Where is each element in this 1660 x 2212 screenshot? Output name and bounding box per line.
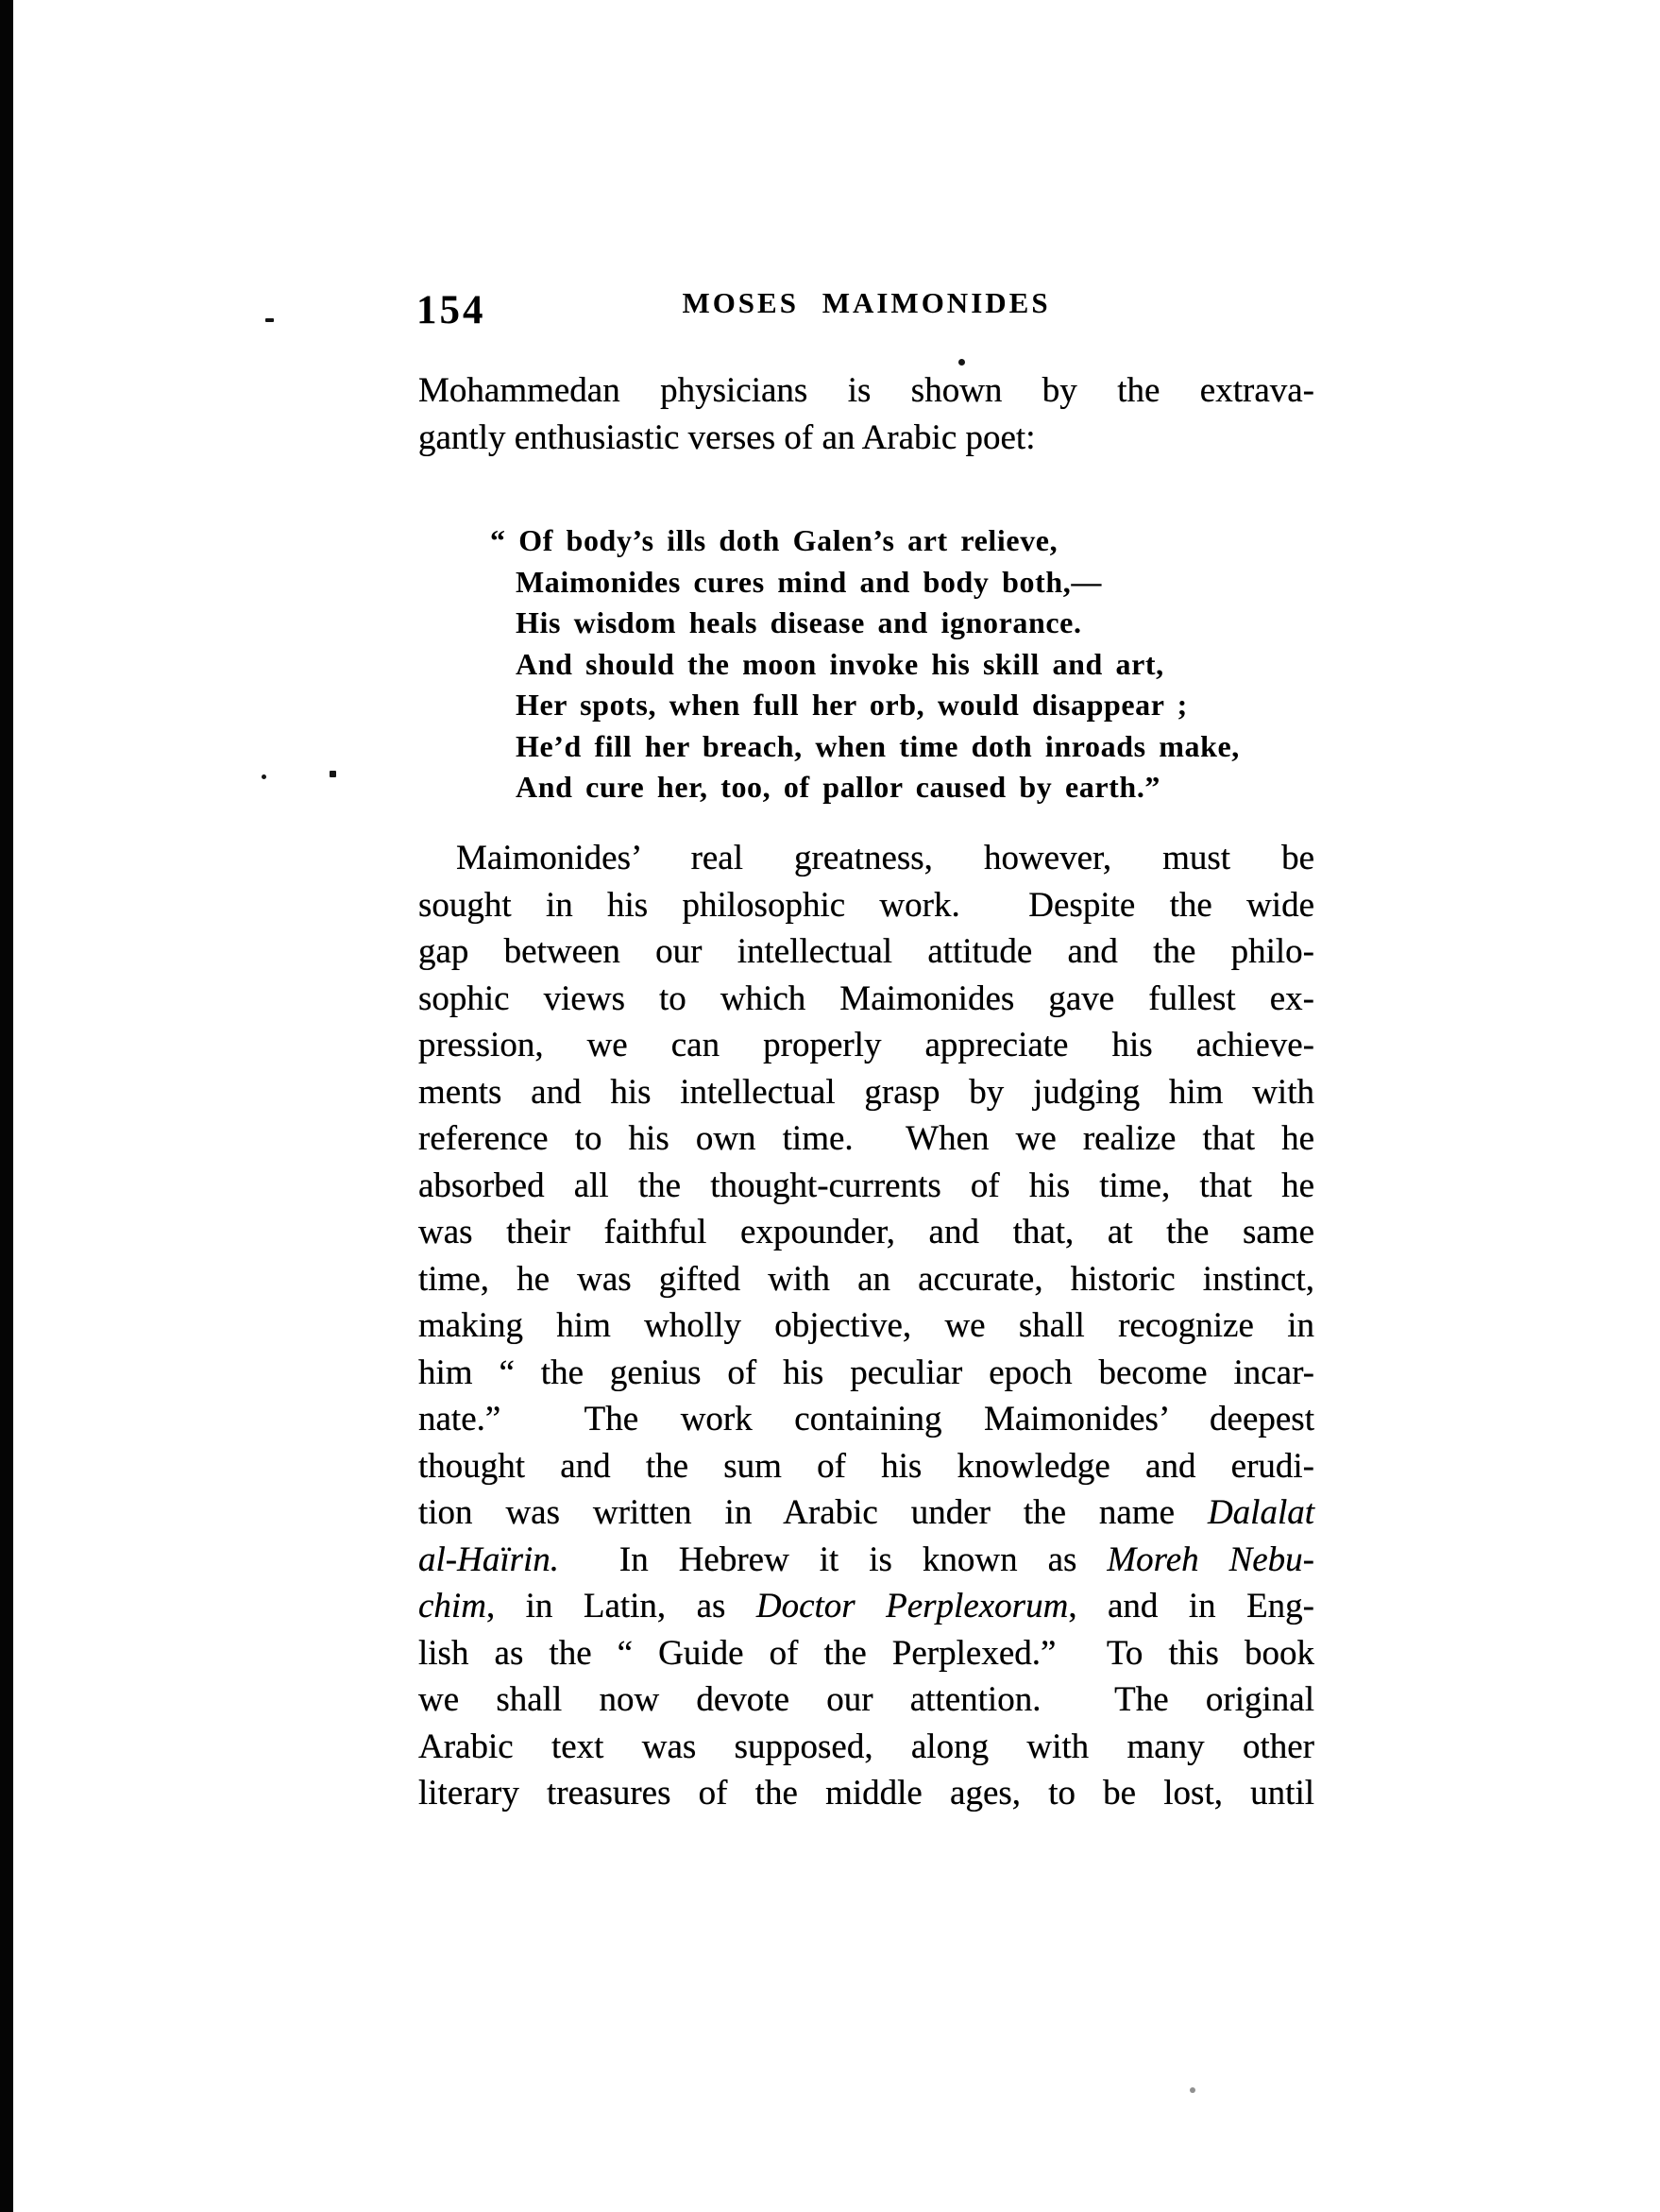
text-run: In Hebrew it is known as <box>559 1540 1107 1579</box>
scan-speck <box>262 774 266 779</box>
main-paragraph: Maimonides’ real greatness, however, mus… <box>418 835 1314 1817</box>
text-line: Maimonides’ real greatness, however, mus… <box>418 835 1314 882</box>
book-page: 154 MOSES MAIMONIDES Mohammedan physicia… <box>0 0 1660 2212</box>
text-line: literary treasures of the middle ages, t… <box>418 1770 1314 1817</box>
text-run: sought in his philosophic work. Despite … <box>418 886 1314 925</box>
text-run: literary treasures of the middle ages, t… <box>418 1774 1314 1812</box>
text-line: “ Of body’s ills doth Galen’s art reliev… <box>516 520 1384 562</box>
italic-text: Dalalat <box>1208 1493 1314 1532</box>
scan-speck <box>265 318 274 322</box>
scan-speck <box>958 359 965 366</box>
text-line: His wisdom heals disease and ignorance. <box>516 603 1384 644</box>
scan-speck <box>1190 2087 1195 2093</box>
text-run: was their faithful expounder, and that, … <box>418 1213 1314 1251</box>
italic-text: chim <box>418 1587 486 1625</box>
text-line: time, he was gifted with an accurate, hi… <box>418 1256 1314 1303</box>
text-run: “ Of body’s ills doth Galen’s art reliev… <box>490 523 1058 557</box>
text-run: absorbed all the thought-currents of his… <box>418 1166 1314 1205</box>
text-line: Her spots, when full her orb, would disa… <box>516 685 1384 726</box>
text-run: Maimonides’ real greatness, however, mus… <box>456 839 1314 877</box>
text-run: He’d fill her breach, when time doth inr… <box>516 729 1240 763</box>
text-line: tion was written in Arabic under the nam… <box>418 1489 1314 1537</box>
text-run: And cure her, too, of pallor caused by e… <box>516 770 1160 804</box>
scan-edge-bar <box>0 0 13 2212</box>
text-line: And cure her, too, of pallor caused by e… <box>516 767 1384 808</box>
text-run: nate.” The work containing Maimonides’ d… <box>418 1400 1314 1438</box>
text-run: making him wholly objective, we shall re… <box>418 1306 1314 1345</box>
text-run: , and in Eng- <box>1068 1587 1314 1625</box>
text-run: him “ the genius of his peculiar epoch b… <box>418 1353 1314 1392</box>
text-run: Mohammedan physicians is shown by the ex… <box>418 371 1314 410</box>
text-run: tion was written in Arabic under the nam… <box>418 1493 1208 1532</box>
text-line: Mohammedan physicians is shown by the ex… <box>418 367 1314 415</box>
text-run: reference to his own time. When we reali… <box>418 1119 1314 1158</box>
text-line: thought and the sum of his knowledge and… <box>418 1443 1314 1490</box>
text-line: we shall now devote our attention. The o… <box>418 1676 1314 1724</box>
text-run: Arabic text was supposed, along with man… <box>418 1727 1314 1766</box>
text-line: lish as the “ Guide of the Perplexed.” T… <box>418 1630 1314 1677</box>
text-run: lish as the “ Guide of the Perplexed.” T… <box>418 1634 1314 1673</box>
text-line: And should the moon invoke his skill and… <box>516 644 1384 686</box>
text-run: , in Latin, as <box>486 1587 756 1625</box>
italic-text: Moreh Nebu- <box>1107 1540 1314 1579</box>
text-line: He’d fill her breach, when time doth inr… <box>516 726 1384 768</box>
text-run: thought and the sum of his knowledge and… <box>418 1447 1314 1486</box>
text-run: And should the moon invoke his skill and… <box>516 647 1164 681</box>
text-line: Arabic text was supposed, along with man… <box>418 1724 1314 1771</box>
text-run: we shall now devote our attention. The o… <box>418 1680 1314 1719</box>
text-line: Maimonides cures mind and body both,— <box>516 562 1384 604</box>
text-run: sophic views to which Maimonides gave fu… <box>418 979 1314 1018</box>
text-run: time, he was gifted with an accurate, hi… <box>418 1260 1314 1299</box>
text-run: ments and his intellectual grasp by judg… <box>418 1073 1314 1112</box>
scan-speck <box>330 771 336 777</box>
text-run: Her spots, when full her orb, would disa… <box>516 688 1188 722</box>
running-head: MOSES MAIMONIDES <box>418 286 1314 320</box>
italic-text: al-Haïrin. <box>418 1540 559 1579</box>
text-run: gantly enthusiastic verses of an Arabic … <box>418 418 1035 457</box>
text-line: chim, in Latin, as Doctor Perplexorum, a… <box>418 1583 1314 1630</box>
text-line: sophic views to which Maimonides gave fu… <box>418 976 1314 1023</box>
text-line: gap between our intellectual attitude an… <box>418 928 1314 976</box>
page-number: 154 <box>416 290 486 331</box>
text-run: His wisdom heals disease and ignorance. <box>516 605 1082 639</box>
text-run: pression, we can properly appreciate his… <box>418 1026 1314 1064</box>
text-run: gap between our intellectual attitude an… <box>418 932 1314 971</box>
text-line: pression, we can properly appreciate his… <box>418 1022 1314 1069</box>
text-run: Maimonides cures mind and body both,— <box>516 565 1102 599</box>
text-line: making him wholly objective, we shall re… <box>418 1302 1314 1350</box>
text-line: ments and his intellectual grasp by judg… <box>418 1069 1314 1116</box>
text-line: reference to his own time. When we reali… <box>418 1115 1314 1163</box>
text-line: him “ the genius of his peculiar epoch b… <box>418 1350 1314 1397</box>
poem-block: “ Of body’s ills doth Galen’s art reliev… <box>516 520 1384 808</box>
text-line: nate.” The work containing Maimonides’ d… <box>418 1396 1314 1443</box>
page-header: 154 MOSES MAIMONIDES <box>418 286 1314 333</box>
intro-paragraph: Mohammedan physicians is shown by the ex… <box>418 367 1314 462</box>
text-line: absorbed all the thought-currents of his… <box>418 1163 1314 1210</box>
text-line: was their faithful expounder, and that, … <box>418 1209 1314 1256</box>
italic-text: Doctor Perplexorum <box>756 1587 1068 1625</box>
text-line: gantly enthusiastic verses of an Arabic … <box>418 415 1314 462</box>
text-line: sought in his philosophic work. Despite … <box>418 882 1314 929</box>
text-line: al-Haïrin. In Hebrew it is known as More… <box>418 1537 1314 1584</box>
